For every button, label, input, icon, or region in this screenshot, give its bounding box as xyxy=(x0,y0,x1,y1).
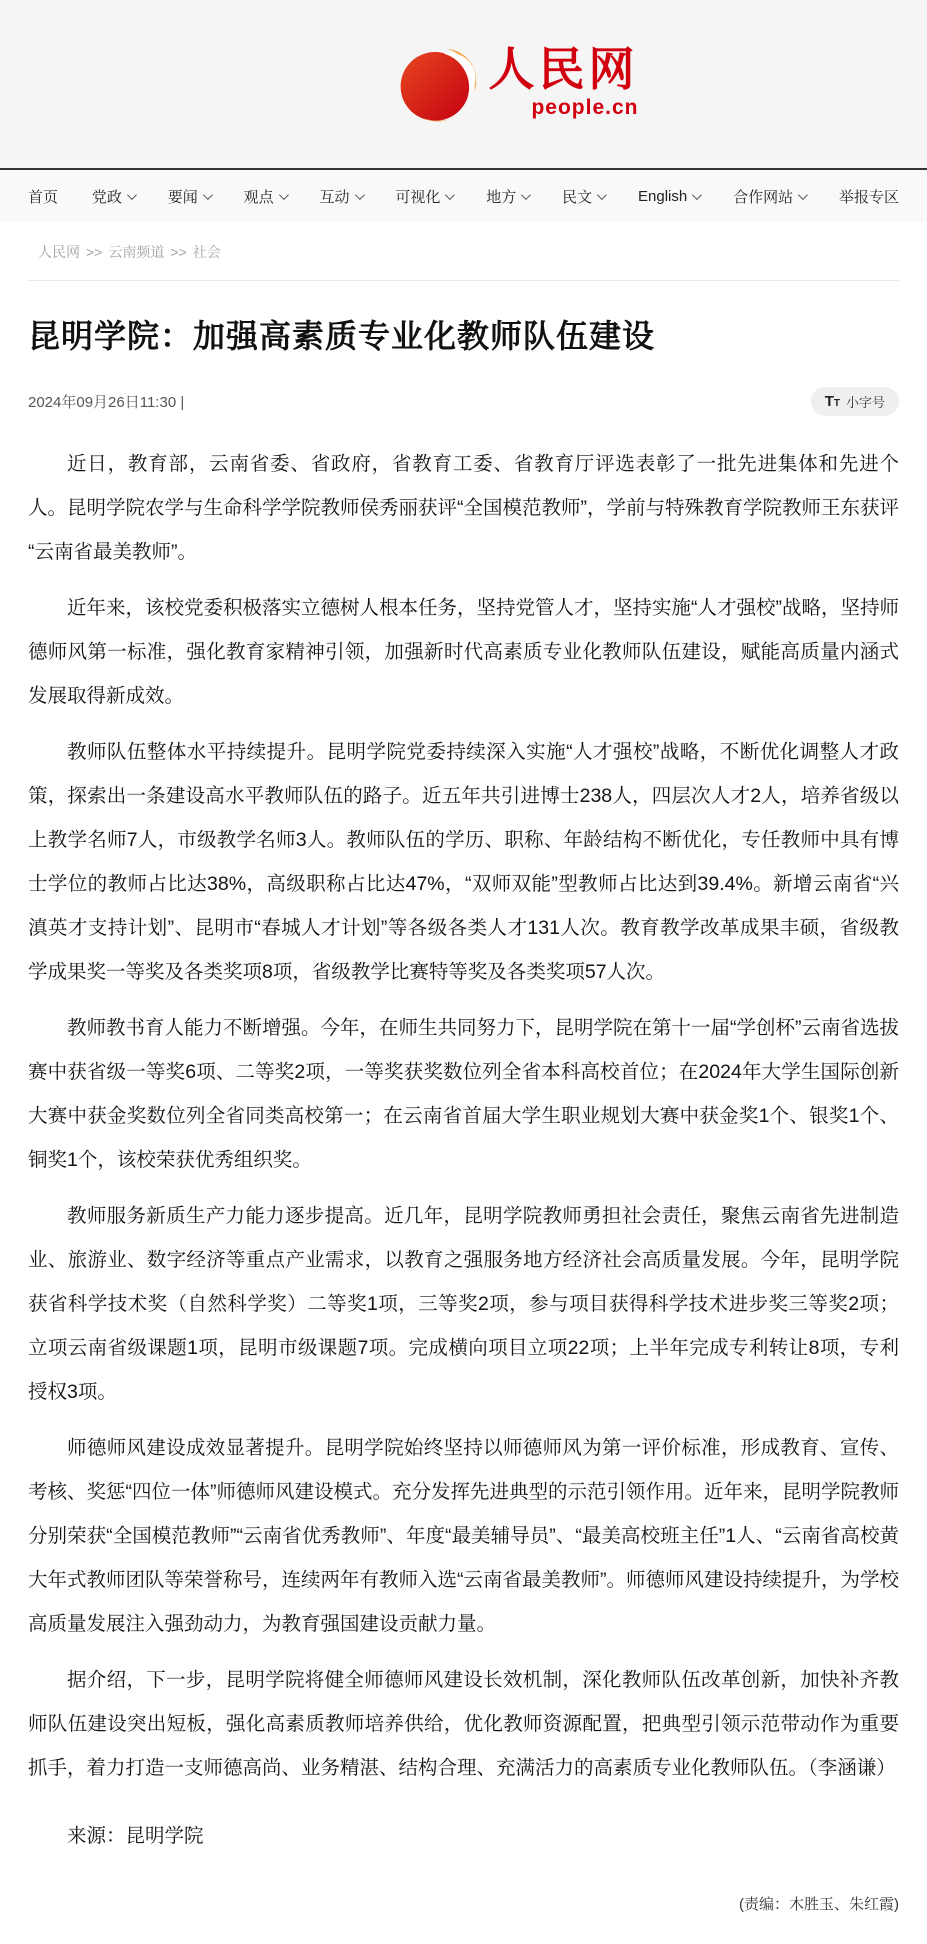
article-paragraph: 近年来，该校党委积极落实立德树人根本任务，坚持党管人才，坚持实施“人才强校”战略… xyxy=(28,586,899,718)
publish-date: 2024年09月26日11:30 | xyxy=(28,391,184,412)
article-paragraph: 近日，教育部，云南省委、省政府，省教育工委、省教育厅评选表彰了一批先进集体和先进… xyxy=(28,442,899,574)
people-cn-logo-icon xyxy=(399,44,479,124)
article-meta-row: 2024年09月26日11:30 | TT 小字号 xyxy=(28,387,899,416)
nav-label: 可视化 xyxy=(395,186,440,207)
nav-item-partners[interactable]: 合作网站 xyxy=(733,186,805,207)
article-paragraph: 师德师风建设成效显著提升。昆明学院始终坚持以师德师风为第一评价标准，形成教育、宣… xyxy=(28,1426,899,1646)
nav-label: 民文 xyxy=(562,186,592,207)
article-body: 近日，教育部，云南省委、省政府，省教育工委、省教育厅评选表彰了一批先进集体和先进… xyxy=(28,442,899,1790)
nav-label: 党政 xyxy=(92,186,122,207)
article-paragraph: 教师队伍整体水平持续提升。昆明学院党委持续深入实施“人才强校”战略，不断优化调整… xyxy=(28,730,899,994)
main-nav-inner: 首页 党政 要闻 观点 互动 可视化 地方 民文 English 合作网站 举报… xyxy=(28,186,899,207)
article-paragraph: 教师服务新质生产力能力逐步提高。近几年，昆明学院教师勇担社会责任，聚焦云南省先进… xyxy=(28,1194,899,1414)
editor-credit: (责编：木胜玉、朱红霞) xyxy=(28,1893,899,1914)
breadcrumb-link-society[interactable]: 社会 xyxy=(193,244,221,260)
logo-en-text: people.cn xyxy=(531,97,638,118)
people-cn-logo[interactable]: 人民网 people.cn xyxy=(399,44,639,124)
breadcrumb: 人民网>>云南频道>>社会 xyxy=(0,222,927,262)
nav-label: 首页 xyxy=(28,186,58,207)
nav-item-minwen[interactable]: 民文 xyxy=(562,186,604,207)
nav-item-english[interactable]: English xyxy=(638,186,699,207)
font-size-button[interactable]: TT 小字号 xyxy=(811,387,899,416)
main-nav: 首页 党政 要闻 观点 互动 可视化 地方 民文 English 合作网站 举报… xyxy=(0,170,927,222)
article-paragraph: 教师教书育人能力不断增强。今年，在师生共同努力下，昆明学院在第十一届“学创杯”云… xyxy=(28,1006,899,1182)
breadcrumb-link-yunnan[interactable]: 云南频道 xyxy=(108,244,164,260)
chevron-down-icon xyxy=(203,190,213,200)
nav-label: 观点 xyxy=(244,186,274,207)
logo-cn-text: 人民网 xyxy=(489,47,639,93)
nav-label: 举报专区 xyxy=(839,186,899,207)
nav-item-interact[interactable]: 互动 xyxy=(320,186,362,207)
chevron-down-icon xyxy=(445,190,455,200)
site-header: 人民网 people.cn xyxy=(0,0,927,170)
font-size-icon: TT xyxy=(825,394,840,409)
nav-item-report[interactable]: 举报专区 xyxy=(839,186,899,207)
chevron-down-icon xyxy=(354,190,364,200)
nav-item-visual[interactable]: 可视化 xyxy=(395,186,452,207)
nav-item-news[interactable]: 要闻 xyxy=(168,186,210,207)
nav-label: 要闻 xyxy=(168,186,198,207)
breadcrumb-link-peoplecn[interactable]: 人民网 xyxy=(38,244,80,260)
nav-item-opinion[interactable]: 观点 xyxy=(244,186,286,207)
nav-label: 互动 xyxy=(320,186,350,207)
breadcrumb-separator: >> xyxy=(86,244,102,260)
page: 人民网 people.cn 首页 党政 要闻 观点 互动 可视化 地方 民文 E… xyxy=(0,0,927,1914)
breadcrumb-separator: >> xyxy=(170,244,186,260)
article-paragraph: 据介绍，下一步，昆明学院将健全师德师风建设长效机制，深化教师队伍改革创新，加快补… xyxy=(28,1658,899,1790)
font-size-button-label: 小字号 xyxy=(846,392,885,411)
nav-item-local[interactable]: 地方 xyxy=(486,186,528,207)
nav-item-home[interactable]: 首页 xyxy=(28,186,58,207)
chevron-down-icon xyxy=(798,190,808,200)
chevron-down-icon xyxy=(597,190,607,200)
nav-item-party[interactable]: 党政 xyxy=(92,186,134,207)
logo-text: 人民网 people.cn xyxy=(489,47,639,124)
nav-label: 合作网站 xyxy=(733,186,793,207)
article-source: 来源：昆明学院 xyxy=(28,1820,899,1848)
chevron-down-icon xyxy=(279,190,289,200)
page-title: 昆明学院：加强高素质专业化教师队伍建设 xyxy=(28,311,899,357)
header-divider xyxy=(28,280,899,281)
chevron-down-icon xyxy=(127,190,137,200)
nav-label: English xyxy=(638,188,687,205)
nav-label: 地方 xyxy=(486,186,516,207)
chevron-down-icon xyxy=(521,190,531,200)
chevron-down-icon xyxy=(692,190,702,200)
